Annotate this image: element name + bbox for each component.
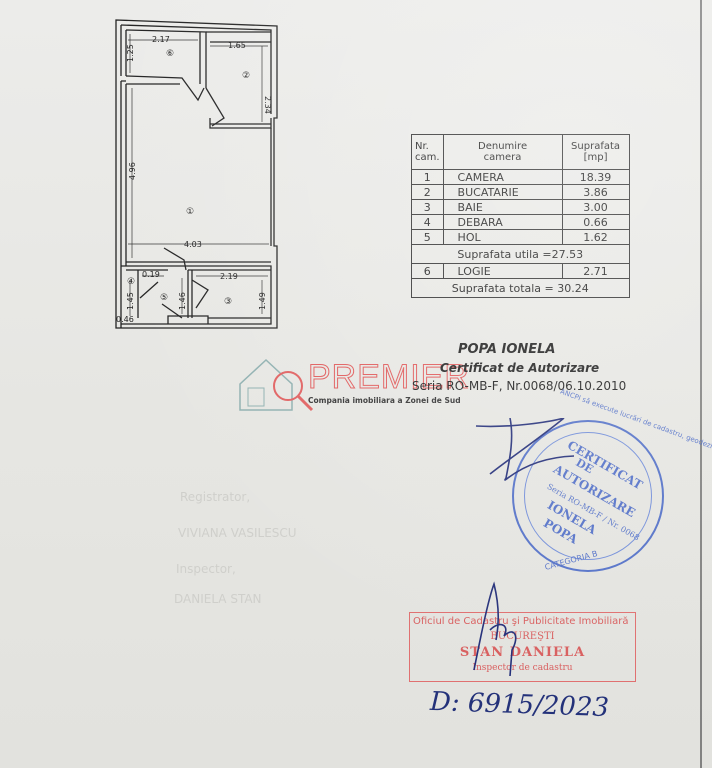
- inspector-name: DANIELA STAN: [174, 592, 262, 606]
- room-marker-1: ①: [186, 207, 194, 217]
- author-series: Seria RO-MB-F, Nr.0068/06.10.2010: [412, 379, 626, 393]
- table-row: 1 CAMERA 18.39: [412, 170, 630, 185]
- useful-area-row: Suprafata utila =27.53: [412, 245, 630, 264]
- dim-room6-width: 2.17: [152, 35, 170, 44]
- header-area: Suprafata[mp]: [562, 135, 629, 170]
- handwritten-reference: D: 6915/2023: [430, 687, 610, 723]
- floor-plan-drawing: 2.17 1.65 1.25 2.34 4.96 4.03 0.19 2.19 …: [112, 18, 284, 332]
- dim-room1-height: 4.96: [128, 162, 137, 180]
- table-row: 4 DEBARA 0.66: [412, 215, 630, 230]
- house-search-icon: [236, 356, 316, 414]
- header-nr: Nr.cam.: [412, 135, 444, 170]
- room-marker-3: ③: [224, 297, 232, 307]
- dim-room4-height: 1.45: [126, 292, 135, 310]
- area-table: Nr.cam. Denumirecamera Suprafata[mp] 1 C…: [411, 134, 630, 298]
- floor-plan: 2.17 1.65 1.25 2.34 4.96 4.03 0.19 2.19 …: [112, 18, 284, 332]
- table-row: 3 BAIE 3.00: [412, 200, 630, 215]
- dim-room2-height: 2.34: [263, 96, 272, 114]
- author-name: POPA IONELA: [458, 342, 556, 357]
- dim-wall: 0.46: [116, 315, 134, 324]
- office-stamp-inspector-name: STAN DANIELA: [410, 645, 635, 660]
- table-row: 5 HOL 1.62: [412, 230, 630, 245]
- dim-room4-width: 0.19: [142, 270, 160, 279]
- dim-room3-width: 2.19: [220, 272, 238, 281]
- office-stamp-title: Oficiul de Cadastru şi Publicitate Imobi…: [413, 616, 628, 627]
- paper-edge: [700, 0, 702, 768]
- dim-room5-height: 1.46: [178, 292, 187, 310]
- registrar-label: Registrator,: [180, 490, 250, 504]
- authorization-stamp: ANCPI să execute lucrări de cadastru, ge…: [512, 420, 664, 572]
- office-stamp-role: Inspector de cadastru: [410, 663, 635, 673]
- dim-room1-width: 4.03: [184, 240, 202, 249]
- author-certificate: Certificat de Autorizare: [440, 361, 599, 375]
- table-row: 2 BUCATARIE 3.86: [412, 185, 630, 200]
- dim-room2-width: 1.65: [228, 41, 246, 50]
- room-marker-4: ④: [127, 277, 135, 287]
- room-marker-5: ⑤: [160, 293, 168, 303]
- inspector-label: Inspector,: [176, 562, 236, 576]
- room-marker-2: ②: [242, 71, 250, 81]
- dim-room6-height: 1.25: [126, 44, 135, 62]
- room-marker-6: ⑥: [166, 49, 174, 59]
- registrar-name: VIVIANA VASILESCU: [178, 526, 297, 540]
- cadastre-office-stamp: Oficiul de Cadastru şi Publicitate Imobi…: [409, 612, 636, 682]
- dim-room3-height: 1.49: [258, 292, 267, 310]
- office-stamp-city: BUCUREŞTI: [410, 631, 635, 642]
- table-header-row: Nr.cam. Denumirecamera Suprafata[mp]: [412, 135, 630, 170]
- header-name: Denumirecamera: [443, 135, 562, 170]
- table-row-logie: 6 LOGIE 2.71: [412, 264, 630, 279]
- total-area-row: Suprafata totala = 30.24: [412, 279, 630, 298]
- watermark-tagline: Compania imobiliara a Zonei de Sud: [308, 396, 461, 405]
